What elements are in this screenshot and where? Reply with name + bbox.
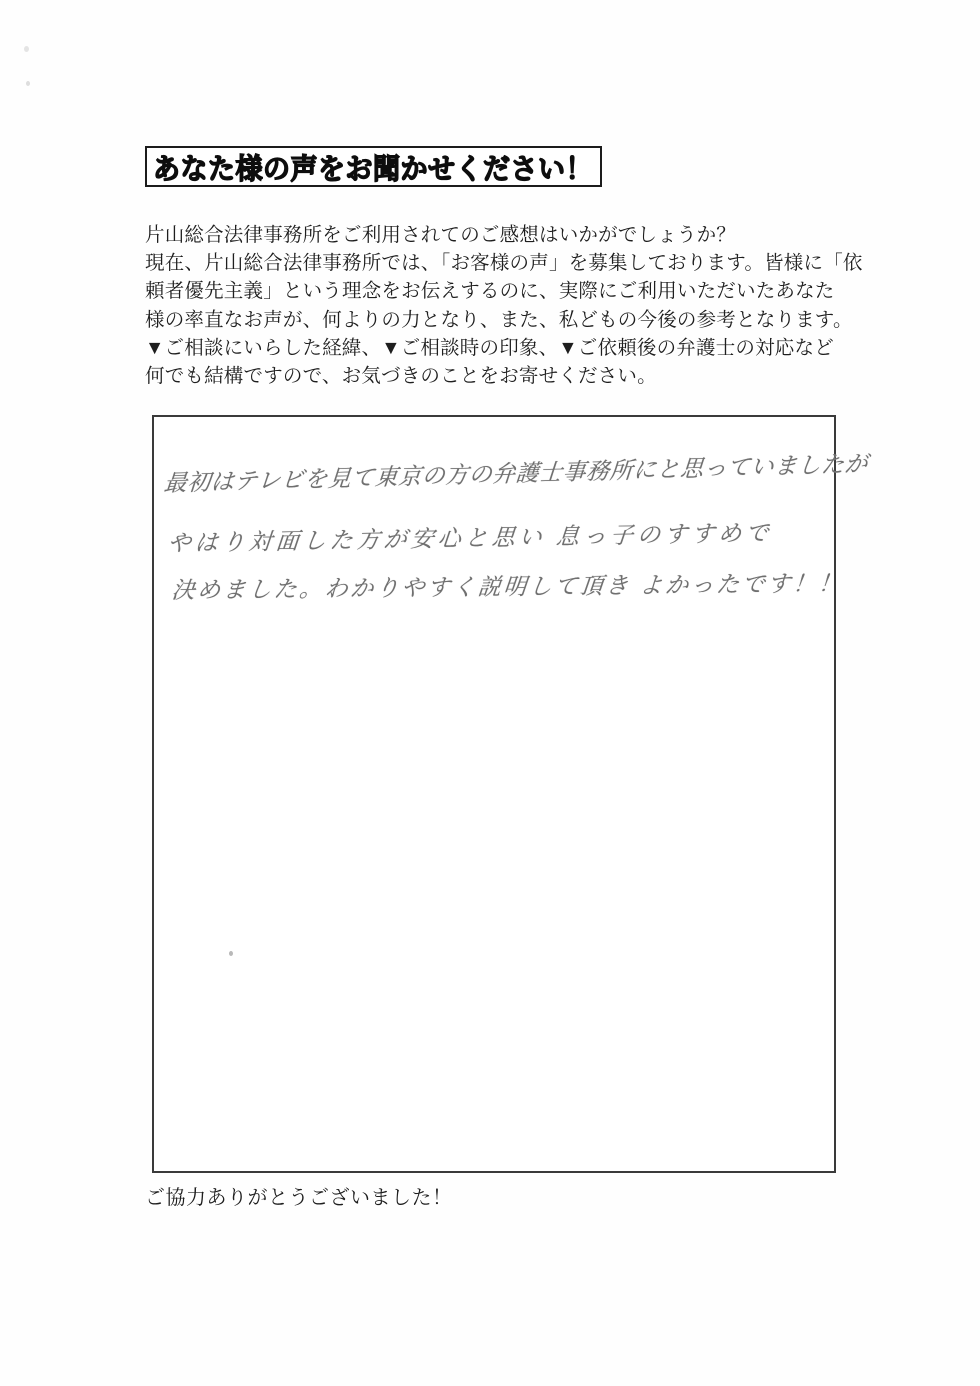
handwritten-line-1: 最初はテレビを見て東京の方の弁護士事務所にと思っていましたが — [163, 447, 825, 499]
handwritten-feedback-box: 最初はテレビを見て東京の方の弁護士事務所にと思っていましたが やはり対面した方が… — [152, 415, 836, 1173]
intro-paragraph: 片山総合法律事務所をご利用されてのご感想はいかがでしょうか？ 現在、片山総合法律… — [145, 221, 863, 390]
scan-artifact-speck — [24, 46, 29, 52]
scan-artifact-speck — [26, 81, 30, 86]
scanned-feedback-document: あなた様の声をお聞かせください！ 片山総合法律事務所をご利用されてのご感想はいか… — [0, 0, 980, 1386]
page-title: あなた様の声をお聞かせください！ — [153, 146, 593, 187]
handwritten-line-3: 決めました。わかりやすく説明して頂き よかったです！！ — [170, 565, 845, 605]
title-banner: あなた様の声をお聞かせください！ — [145, 146, 602, 187]
closing-text: ご協力ありがとうございました！ — [145, 1181, 453, 1210]
handwritten-line-2: やはり対面した方が安心と思い 息っ子のすすめで — [167, 514, 774, 558]
